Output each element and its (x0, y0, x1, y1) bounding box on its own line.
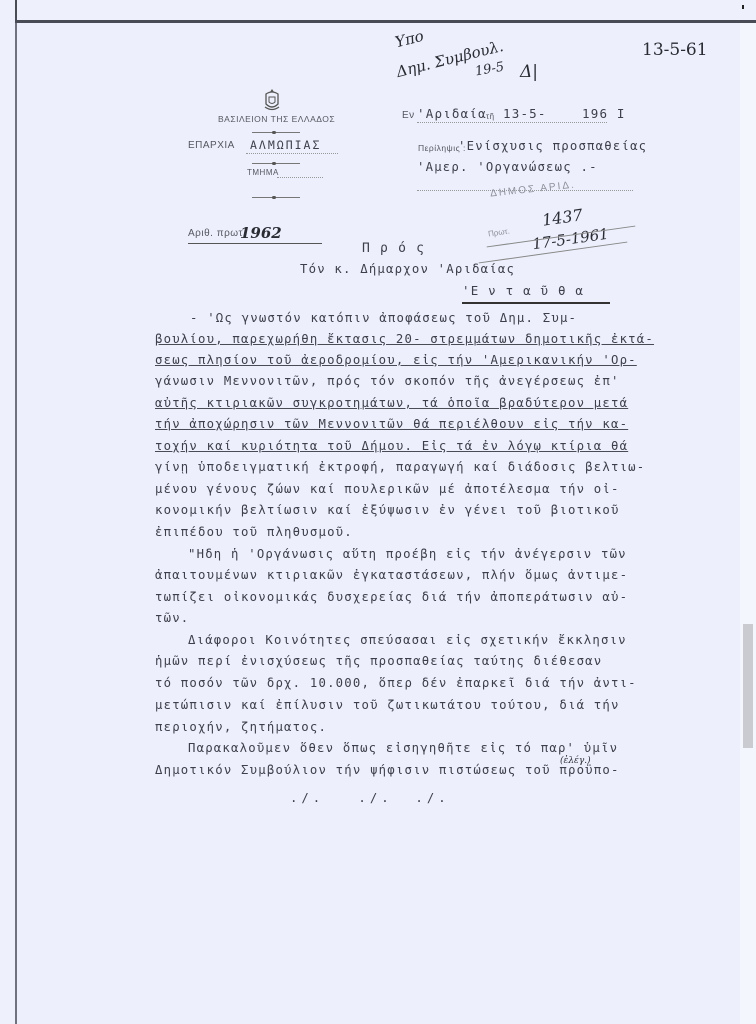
body-line: Διάφοροι Κοινότητες σπεύσασαι εἰς σχετικ… (188, 633, 627, 647)
scrollbar-thumb[interactable] (743, 624, 753, 748)
speck (742, 5, 744, 9)
inline-handwritten-annotation: (ἐλέγ.) (560, 756, 591, 766)
continuation-marks: ./. ./. ./. (290, 791, 450, 805)
body-line: ἐπιπέδου τοῦ πληθυσμοῦ. (155, 525, 353, 539)
dateline-place: 'Αριδαία (417, 106, 487, 121)
body-line: περιοχήν, ζητήματος. (155, 720, 327, 734)
body-line: αὐτῆς κτιριακῶν συγκροτημάτων, τά ὁποῖα … (155, 396, 628, 410)
previous-page-edge (15, 0, 756, 20)
ornamental-rule (252, 197, 300, 198)
handwritten-date: 13-5-61 (642, 40, 708, 60)
body-line: τωπίζει οἰκονομικάς δυσχερείας διά τήν ἀ… (155, 590, 628, 604)
recipient-location: 'Ε ν τ α ῦ θ α (462, 283, 584, 298)
protocol-underline (188, 243, 322, 244)
body-line: μετώπισιν καί ἐπίλυσιν τοῦ ζωτικωτάτου τ… (155, 698, 620, 712)
document-page (15, 23, 742, 1024)
ornamental-rule (252, 163, 300, 164)
eparchia-dotted-line (246, 153, 338, 154)
letterhead-kingdom: ΒΑΣΙΛΕΙΟΝ ΤΗΣ ΕΛΛΑΔΟΣ (218, 114, 335, 124)
body-line: τήν ἀποχώρησιν τῶν Μεννονιτῶν θά περιέλθ… (155, 417, 628, 431)
ornamental-rule (252, 132, 300, 133)
handwritten-initials: Δ| (520, 62, 538, 82)
summary-line1: 'Ενίσχυσις προσπαθείας (458, 139, 647, 153)
body-line: κονομικήν βελτίωσιν καί ἐξύψωσιν ἐν γένε… (155, 503, 620, 517)
body-line: ἀπαιτουμένων κτιριακῶν ἐγκαταστάσεων, πλ… (155, 568, 628, 582)
body-line: Παρακαλοῦμεν ὅθεν ὅπως εἰσηγηθῆτε εἰς τό… (188, 741, 618, 755)
dateline-day-prefix: τῆ (486, 112, 495, 121)
tmima-label: ΤΜΗΜΑ (247, 168, 279, 177)
body-line: τῶν. (155, 611, 189, 625)
recipient-addressee: Τόν κ. Δήμαρχον 'Αριδαίας (300, 262, 515, 276)
body-line: τοχήν καί κυριότητα τοῦ Δήμου. Εἰς τά ἐν… (155, 439, 628, 453)
dateline-dotted-line (417, 122, 607, 123)
dateline-prefix: Εν (402, 110, 415, 121)
body-line: σεως πλησίον τοῦ ἀεροδρομίου, εἰς τήν 'Α… (155, 353, 637, 367)
eparchia-label: ΕΠΑΡΧΙΑ (188, 140, 235, 151)
recipient-underline (462, 302, 610, 304)
tmima-dotted-line (277, 177, 323, 178)
body-line: - 'Ως γνωστόν κατόπιν ἀποφάσεως τοῦ Δημ.… (190, 311, 577, 325)
body-line: γάνωσιν Μεννονιτῶν, πρός τόν σκοπόν τῆς … (155, 374, 620, 388)
body-line: Δημοτικόν Συμβούλιον τήν ψήφισιν πιστώσε… (155, 763, 620, 777)
body-line: μένου γένους ζώων καί πουλερικῶν μέ ἀποτ… (155, 482, 620, 496)
eparchia-value: ΑΛΜΩΠΙΑΣ (250, 138, 321, 152)
recipient-pros: Π ρ ό ς (362, 241, 425, 256)
summary-line2: 'Αμερ. 'Οργανώσεως .- (417, 160, 598, 174)
body-line: τό ποσόν τῶν δρχ. 10.000, ὅπερ δέν ἐπαρκ… (155, 676, 637, 690)
body-line: ἡμῶν περί ἐνισχύσεως τῆς προσπαθείας ταύ… (155, 654, 602, 668)
dateline-date: 13-5- (503, 106, 547, 121)
dateline-year: 196 I (582, 106, 626, 121)
body-line: γίνῃ ὑποδειγματική ἐκτροφή, παραγωγή καί… (155, 460, 645, 474)
protocol-number: 1962 (240, 224, 282, 242)
protocol-label: Αριθ. πρωτ. (188, 228, 246, 239)
viewer-right-margin (740, 23, 756, 1024)
royal-crest-icon (263, 88, 281, 112)
body-line: βουλίου, παρεχωρήθη ἔκτασις 20- στρεμμάτ… (155, 332, 654, 346)
body-line: "Ηδη ἡ 'Οργάνωσις αὕτη προέβη εἰς τήν ἀν… (188, 547, 627, 561)
